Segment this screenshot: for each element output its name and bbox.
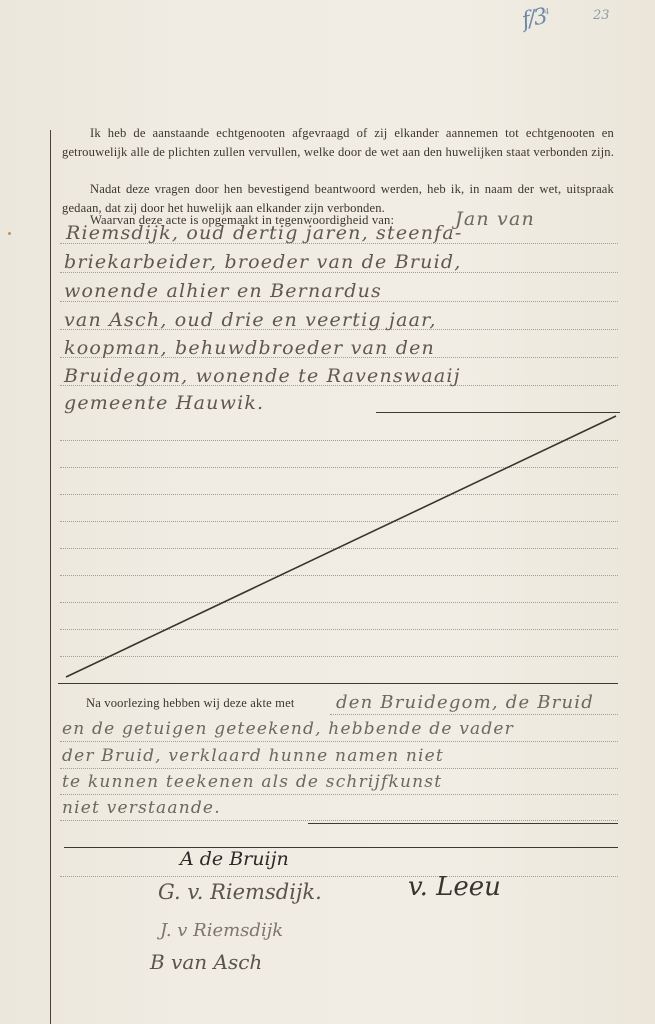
ruled-line: [60, 575, 618, 576]
ruled-line: [60, 656, 618, 657]
ruled-line: [60, 741, 618, 742]
handwritten-witness-line: Bruidegom, wonende te Ravenswaaij: [64, 365, 461, 387]
left-margin-rule: [50, 130, 51, 1024]
handwritten-witness-line: wonende alhier en Bernardus: [64, 280, 382, 302]
signature-witness: J. v Riemsdijk: [160, 920, 283, 941]
handwritten-reading-line: en de getuigen geteekend, hebbende de va…: [62, 719, 514, 739]
ruled-line: [60, 440, 618, 441]
signature-bride: A de Bruijn: [180, 848, 289, 870]
ruled-line: [60, 521, 618, 522]
document-page: f/34 23 Ik heb de aanstaande echtgenoote…: [0, 0, 655, 1024]
ruled-line: [60, 494, 618, 495]
closing-rule: [308, 823, 618, 824]
ruled-line: [60, 876, 618, 877]
handwritten-witness-line: van Asch, oud drie en veertig jaar,: [64, 309, 437, 331]
printed-reading-intro: Na voorlezing hebben wij deze akte met: [86, 694, 295, 713]
signature-separator: [64, 847, 618, 848]
signature-official: v. Leeu: [408, 872, 501, 902]
handwritten-reading-line: niet verstaande.: [62, 798, 221, 818]
handwritten-witness-line: Riemsdijk, oud dertig jaren, steenfa-: [66, 222, 463, 244]
ruled-line: [60, 548, 618, 549]
signature-witness: G. v. Riemsdijk.: [158, 880, 322, 904]
printed-paragraph-vows: Ik heb de aanstaande echtgenooten afgevr…: [62, 124, 614, 162]
closing-rule: [376, 412, 620, 413]
ruled-line: [60, 820, 618, 821]
ruled-line: [330, 714, 618, 715]
ruled-line: [60, 768, 618, 769]
section-separator: [58, 683, 618, 684]
signature-witness: B van Asch: [150, 950, 262, 974]
handwritten-witness-line: briekarbeider, broeder van de Bruid,: [64, 251, 461, 273]
ruled-line: [60, 794, 618, 795]
archive-reference-mark: f/34: [520, 4, 551, 34]
ruled-line: [60, 467, 618, 468]
paper-spot: [8, 232, 11, 235]
ruled-line: [60, 629, 618, 630]
ruled-line: [60, 602, 618, 603]
handwritten-reading-line: te kunnen teekenen als de schrijfkunst: [62, 772, 442, 792]
handwritten-witness-line: Jan van: [455, 208, 535, 230]
page-number: 23: [593, 8, 610, 23]
handwritten-reading-line: den Bruidegom, de Bruid: [336, 692, 594, 713]
handwritten-reading-line: der Bruid, verklaard hunne namen niet: [62, 746, 444, 766]
handwritten-witness-line: gemeente Hauwik.: [64, 392, 264, 414]
handwritten-witness-line: koopman, behuwdbroeder van den: [64, 337, 435, 359]
